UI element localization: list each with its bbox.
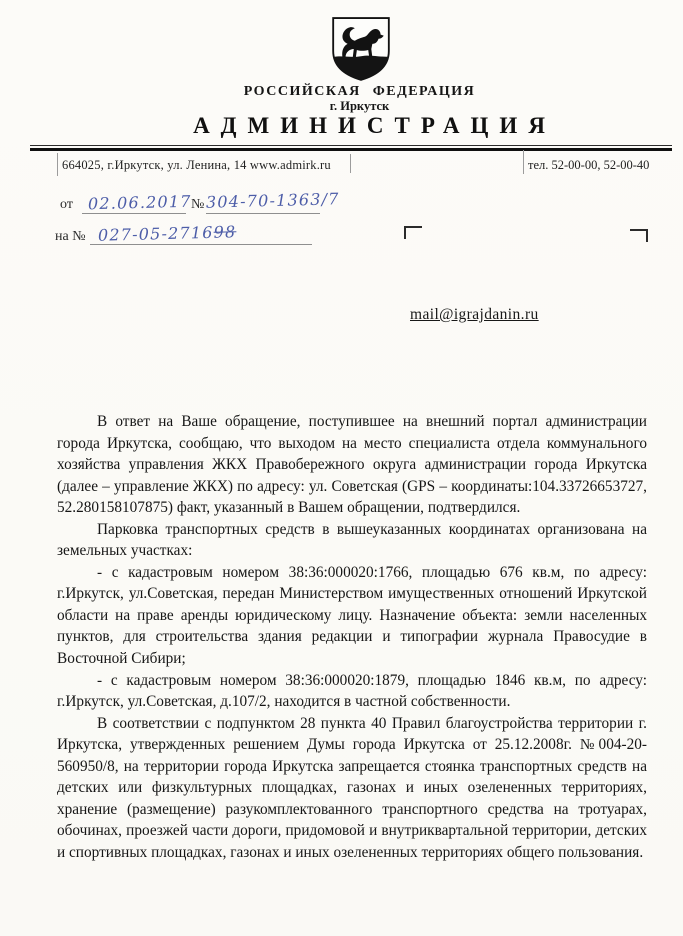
city-title: г. Иркутск [0, 99, 683, 114]
administration-title: АДМИНИСТРАЦИЯ [0, 113, 683, 139]
letter-paragraph: В ответ на Ваше обращение, поступившее н… [57, 411, 647, 519]
reply-number-struck-digits: 98 [213, 222, 236, 242]
from-date-handwritten: 02.06.2017 [88, 192, 192, 214]
outgoing-number-handwritten: 304-70-1363/7 [206, 189, 340, 211]
letter-paragraph: - с кадастровым номером 38:36:000020:176… [57, 562, 647, 670]
reply-number-main: 027-05-2716 [98, 223, 214, 245]
number-label: № [191, 197, 204, 213]
header-rule-thin [30, 145, 672, 146]
scanned-letter-page: РОССИЙСКАЯ ФЕДЕРАЦИЯ г. Иркутск АДМИНИСТ… [0, 0, 683, 936]
from-label: от [60, 197, 73, 213]
reply-number-handwritten: 027-05-271698 [98, 222, 237, 245]
from-date-underline [82, 213, 186, 214]
reply-label: на № [55, 229, 86, 245]
header-rule-thick [30, 148, 672, 151]
divider-tick-middle [350, 154, 351, 173]
address-line: 664025, г.Иркутск, ул. Ленина, 14 www.ad… [62, 158, 331, 173]
recipient-email: mail@igrajdanin.ru [410, 306, 539, 324]
letter-body: В ответ на Ваше обращение, поступившее н… [57, 411, 647, 863]
letter-paragraph: В соответствии с подпунктом 28 пункта 40… [57, 713, 647, 864]
divider-tick-right [523, 150, 524, 174]
letter-paragraph: - с кадастровым номером 38:36:000020:187… [57, 670, 647, 713]
phone-line: тел. 52-00-00, 52-00-40 [528, 158, 649, 173]
country-title: РОССИЙСКАЯ ФЕДЕРАЦИЯ [0, 84, 683, 100]
address-zone-corner-left [404, 226, 422, 239]
outgoing-number-underline [206, 213, 320, 214]
coat-of-arms-icon [329, 15, 393, 83]
letter-paragraph: Парковка транспортных средств в вышеуказ… [57, 519, 647, 562]
address-zone-corner-right [630, 229, 648, 242]
divider-tick-left [57, 153, 58, 176]
